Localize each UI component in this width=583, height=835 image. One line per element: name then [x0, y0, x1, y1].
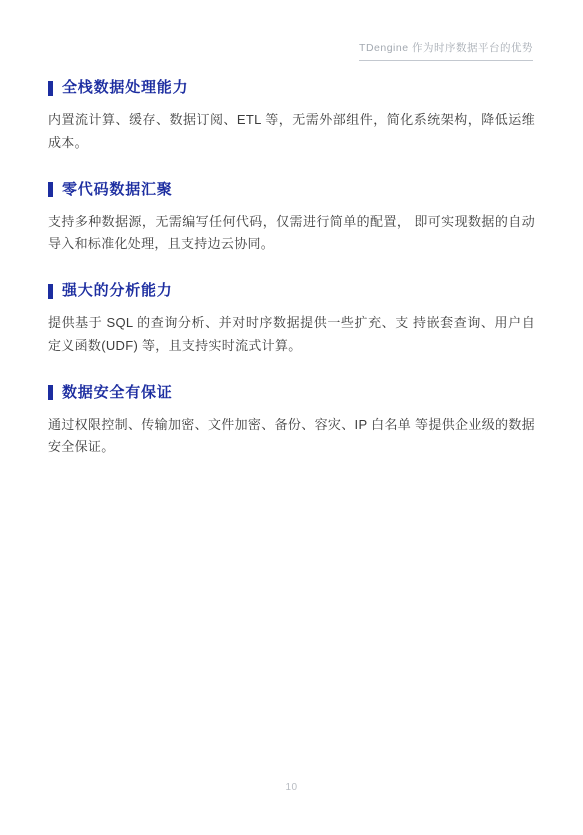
running-header-text: TDengine 作为时序数据平台的优势	[359, 40, 533, 61]
section-body-text: 内置流计算、缓存、数据订阅、ETL 等，无需外部组件，简化系统架构，降低运维成本…	[48, 109, 535, 154]
section-title-bar	[48, 385, 53, 400]
document-page: TDengine 作为时序数据平台的优势 全栈数据处理能力 内置流计算、缓存、数…	[0, 0, 583, 835]
page-number: 10	[0, 782, 583, 793]
section-title-text: 全栈数据处理能力	[62, 80, 188, 96]
section-body-text: 提供基于 SQL 的查询分析、并对时序数据提供一些扩充、支 持嵌套查询、用户自定…	[48, 312, 535, 357]
page-content: 全栈数据处理能力 内置流计算、缓存、数据订阅、ETL 等，无需外部组件，简化系统…	[48, 80, 535, 486]
section-title: 全栈数据处理能力	[48, 80, 535, 96]
section-title-bar	[48, 284, 53, 299]
section-analytics: 强大的分析能力 提供基于 SQL 的查询分析、并对时序数据提供一些扩充、支 持嵌…	[48, 283, 535, 357]
section-title-bar	[48, 81, 53, 96]
section-title-text: 强大的分析能力	[62, 283, 173, 299]
running-header: TDengine 作为时序数据平台的优势	[359, 38, 533, 61]
section-title-text: 数据安全有保证	[62, 385, 173, 401]
section-title-bar	[48, 182, 53, 197]
section-data-security: 数据安全有保证 通过权限控制、传输加密、文件加密、备份、容灾、IP 白名单 等提…	[48, 385, 535, 459]
section-full-stack: 全栈数据处理能力 内置流计算、缓存、数据订阅、ETL 等，无需外部组件，简化系统…	[48, 80, 535, 154]
section-body-text: 支持多种数据源，无需编写任何代码，仅需进行简单的配置， 即可实现数据的自动导入和…	[48, 211, 535, 256]
section-zero-code: 零代码数据汇聚 支持多种数据源，无需编写任何代码，仅需进行简单的配置， 即可实现…	[48, 182, 535, 256]
section-title: 强大的分析能力	[48, 283, 535, 299]
section-body-text: 通过权限控制、传输加密、文件加密、备份、容灾、IP 白名单 等提供企业级的数据安…	[48, 414, 535, 459]
section-title-text: 零代码数据汇聚	[62, 182, 173, 198]
section-title: 零代码数据汇聚	[48, 182, 535, 198]
section-title: 数据安全有保证	[48, 385, 535, 401]
